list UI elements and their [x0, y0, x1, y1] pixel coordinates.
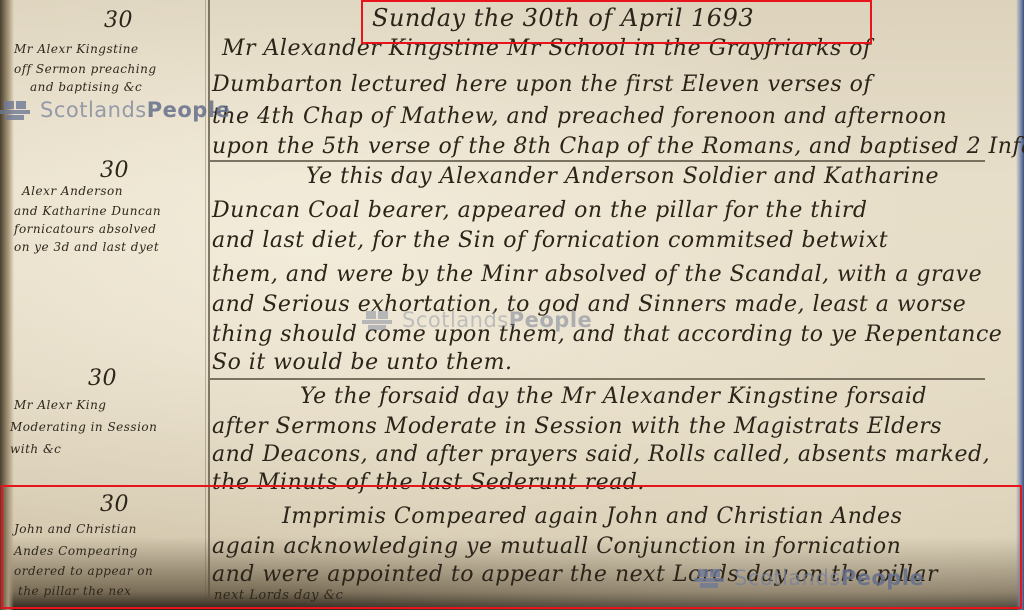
margin-note-line: and Katharine Duncan [14, 204, 161, 218]
entry-text-line: upon the 5th verse of the 8th Chap of th… [212, 134, 1024, 159]
entry-text-line: and were appointed to appear the next Lo… [212, 562, 938, 587]
margin-note-line: and baptising &c [30, 80, 142, 94]
document-viewer: Sunday the 30th of April 1693 30 Mr Alex… [0, 0, 1024, 610]
margin-note-line: Alexr Anderson [22, 184, 123, 198]
margin-note-line: Moderating in Session [10, 420, 157, 434]
margin-day-number: 30 [100, 492, 129, 517]
entry-text-line: and Deacons, and after prayers said, Rol… [212, 442, 990, 467]
margin-note-line: Mr Alexr Kingstine [14, 42, 139, 56]
margin-rule [208, 0, 210, 600]
entry-text-line: after Sermons Moderate in Session with t… [212, 414, 942, 439]
entry-text-line: thing should come upon them, and that ac… [212, 322, 1002, 347]
page-binding-shadow [0, 0, 14, 610]
margin-rule-secondary [205, 0, 206, 600]
entry-text-line: the 4th Chap of Mathew, and preached for… [212, 104, 947, 129]
margin-note-line: Mr Alexr King [14, 398, 106, 412]
margin-note-line: with &c [10, 442, 61, 456]
page-edge [1016, 0, 1024, 610]
watermark-top-left: ScotlandsPeople [0, 98, 230, 122]
margin-note-line: off Sermon preaching [14, 62, 157, 76]
margin-day-number: 30 [88, 366, 117, 391]
date-heading: Sunday the 30th of April 1693 [372, 4, 754, 32]
entry-text-line: again acknowledging ye mutuall Conjuncti… [212, 534, 901, 559]
margin-note-line: ordered to appear on [14, 564, 153, 578]
entry-text-line: So it would be unto them. [212, 350, 512, 375]
margin-note-line: the pillar the nex [18, 584, 131, 598]
margin-note-line: fornicatours absolved [14, 222, 156, 236]
entry-text-line: next Lords day &c [214, 588, 343, 603]
margin-note-line: John and Christian [14, 522, 137, 536]
entry-text-line: Duncan Coal bearer, appeared on the pill… [212, 198, 867, 223]
margin-day-number: 30 [104, 8, 133, 33]
entry-text-line: and last diet, for the Sin of fornicatio… [212, 228, 888, 253]
entry-text-line: Ye this day Alexander Anderson Soldier a… [306, 164, 939, 189]
watermark-text: ScotlandsPeople [40, 98, 230, 122]
entry-text-line: the Minuts of the last Sederunt read. [212, 470, 645, 495]
entry-text-line: Mr Alexander Kingstine Mr School in the … [222, 36, 872, 61]
entry-text-line: Dumbarton lectured here upon the first E… [212, 72, 872, 97]
entry-text-line: and Serious exhortation, to god and Sinn… [212, 292, 966, 317]
margin-note-line: on ye 3d and last dyet [14, 240, 159, 254]
entry-separator [210, 378, 985, 380]
entry-text-line: them, and were by the Minr absolved of t… [212, 262, 982, 287]
margin-day-number: 30 [100, 158, 129, 183]
entry-text-line: Imprimis Compeared again John and Christ… [282, 504, 902, 529]
entry-text-line: Ye the forsaid day the Mr Alexander King… [300, 384, 927, 409]
entry-separator [210, 160, 985, 162]
margin-note-line: Andes Compearing [14, 544, 138, 558]
